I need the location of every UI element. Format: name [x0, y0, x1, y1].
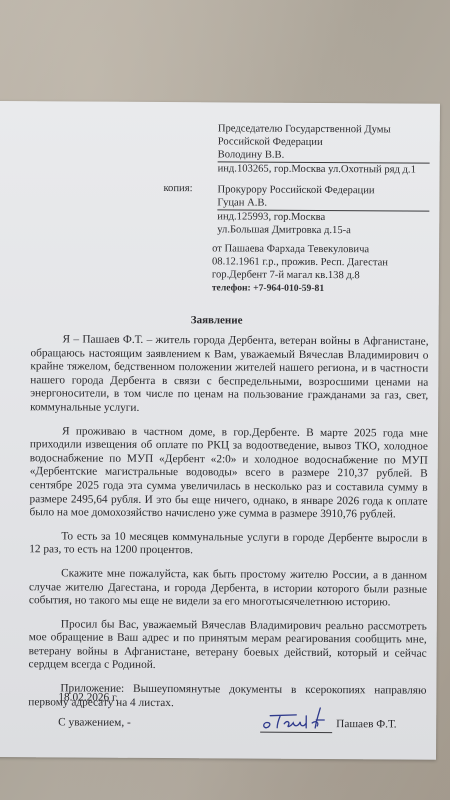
paragraph-increase: То есть за 10 месяцев коммунальные услуг… [29, 530, 427, 560]
recipient-name: Володину В.В. [218, 148, 430, 163]
signature-icon [260, 706, 332, 732]
sender-block: от Пашаева Фархада Тевекуловича 08.12.19… [212, 242, 428, 295]
recipient-block: Председателю Государственной Думы Россий… [218, 122, 430, 176]
signer-name: Пашаев Ф.Т. [336, 718, 396, 730]
paragraph-bills: Я проживаю в частном доме, в гор.Дербент… [29, 425, 428, 523]
paragraph-request: Просил бы Вас, уважаемый Вячеслав Владим… [29, 618, 427, 675]
copy-name: Гуцан А.В. [217, 196, 429, 211]
paragraph-question: Скажите мне пожалуйста, как быть простом… [29, 567, 427, 610]
copy-address-line2: ул.Большая Дмитровка д.15-а [217, 223, 429, 237]
recipient-address: инд.103265, гор.Москва ул.Охотный ряд д.… [218, 162, 430, 176]
closing-text: С уважением, - [58, 716, 131, 728]
sender-name: от Пашаева Фархада Тевекуловича [212, 242, 428, 256]
sender-address: гор.Дербент 7-й магал кв.138 д.8 [212, 268, 428, 282]
paragraph-intro: Я – Пашаев Ф.Т. – житель города Дербента… [30, 333, 428, 417]
document-date: 18.02.2026 г. [58, 691, 118, 703]
recipient-country: Российской Федерации [218, 135, 430, 149]
copy-address-line1: инд.125993, гор.Москва [217, 210, 429, 224]
document-page: Председателю Государственной Думы Россий… [0, 101, 440, 760]
document-title: Заявление [0, 313, 439, 328]
sender-phone: телефон: +7-964-010-59-81 [212, 281, 428, 295]
document-body: Я – Пашаев Ф.Т. – житель города Дербента… [28, 333, 428, 724]
copy-block: Прокурору Российской Федерации Гуцан А.В… [217, 183, 429, 237]
signature-line [260, 706, 332, 733]
copy-label: копия: [163, 183, 192, 194]
recipient-title: Председателю Государственной Думы [218, 122, 430, 136]
sender-birth-residence: 08.12.1961 г.р., прожив. Респ. Дагестан [212, 255, 428, 269]
copy-title: Прокурору Российской Федерации [217, 183, 429, 197]
